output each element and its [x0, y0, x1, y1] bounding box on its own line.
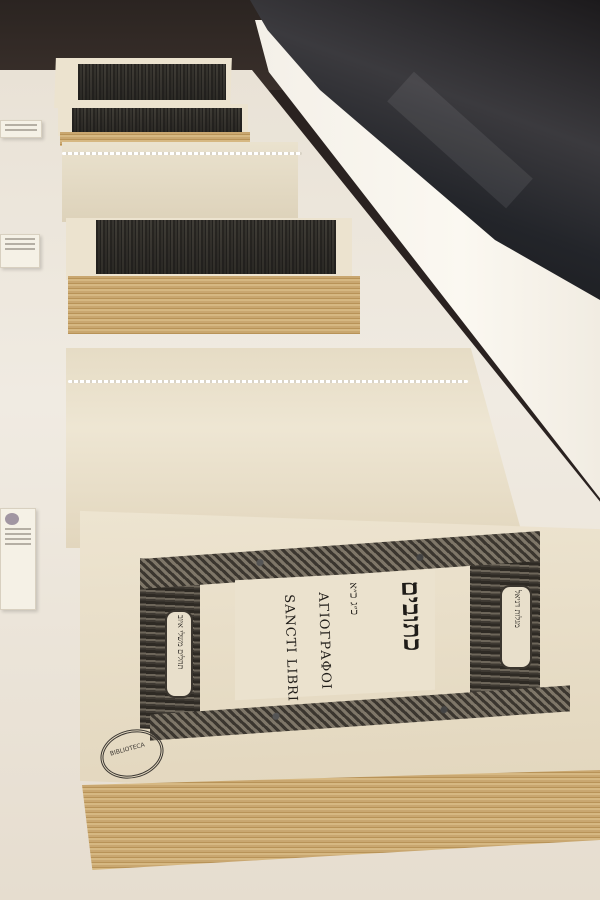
- middle-book-engraving: [96, 220, 336, 274]
- stamp-text: BIBLIOTECA: [109, 742, 145, 758]
- exhibit-label-2: [0, 234, 40, 268]
- hebrew-subtitle: כ״ג כ״א: [347, 582, 361, 615]
- left-cartouche-text: תהלים משלי איוב: [176, 615, 185, 669]
- hebrew-title: כתובים: [395, 580, 427, 652]
- page-weight-string: [68, 380, 468, 383]
- right-cartouche-text: מגלות דניאל: [513, 590, 522, 628]
- exhibit-label-1: [0, 120, 42, 138]
- crest-icon: [5, 513, 19, 525]
- back-book-engraving: [78, 64, 226, 100]
- exhibit-label-3: [0, 508, 36, 610]
- display-case-scene: כתובים כ״ג כ״א ΑΓΙΟΓΡΑΦΟΙ SANCTI LIBRI ת…: [0, 0, 600, 900]
- page-weight-string: [62, 152, 302, 155]
